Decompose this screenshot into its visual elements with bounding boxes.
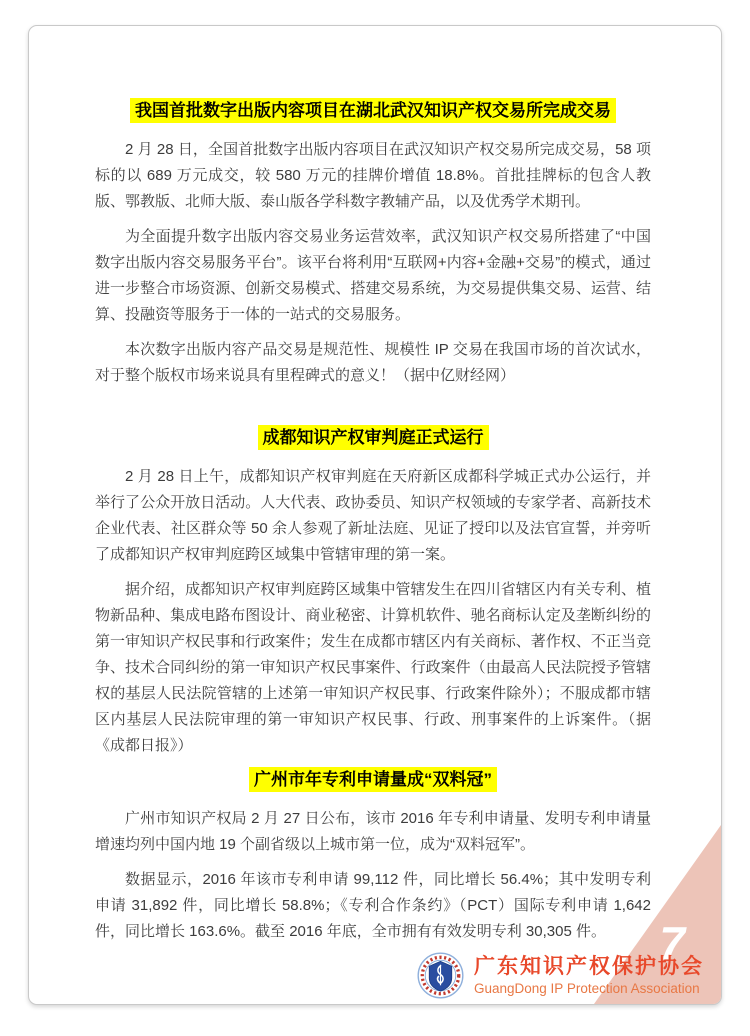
paragraph: 广州市知识产权局 2 月 27 日公布，该市 2016 年专利申请量、发明专利申… bbox=[95, 806, 651, 858]
paragraph: 2 月 28 日，全国首批数字出版内容项目在武汉知识产权交易所完成交易，58 项… bbox=[95, 137, 651, 215]
paragraph: 为全面提升数字出版内容交易业务运营效率，武汉知识产权交易所搭建了“中国数字出版内… bbox=[95, 224, 651, 328]
section-wuhan-digital-publishing: 我国首批数字出版内容项目在湖北武汉知识产权交易所完成交易 2 月 28 日，全国… bbox=[95, 99, 651, 398]
paragraph: 2 月 28 日上午，成都知识产权审判庭在天府新区成都科学城正式办公运行，并举行… bbox=[95, 464, 651, 568]
org-name-cn: 广东知识产权保护协会 bbox=[474, 954, 704, 980]
paragraph: 数据显示，2016 年该市专利申请 99,112 件，同比增长 56.4%；其中… bbox=[95, 867, 651, 945]
section-title: 广州市年专利申请量成“双料冠” bbox=[95, 768, 651, 792]
paragraph: 本次数字出版内容产品交易是规范性、规模性 IP 交易在我国市场的首次试水，对于整… bbox=[95, 337, 651, 389]
footer: 广东知识产权保护协会 GuangDong IP Protection Assoc… bbox=[417, 952, 704, 999]
paragraph: 据介绍，成都知识产权审判庭跨区域集中管辖发生在四川省辖区内有关专利、植物新品种、… bbox=[95, 577, 651, 759]
org-name-en: GuangDong IP Protection Association bbox=[474, 980, 704, 998]
section-guangzhou-patent: 广州市年专利申请量成“双料冠” 广州市知识产权局 2 月 27 日公布，该市 2… bbox=[95, 768, 651, 954]
section-title: 成都知识产权审判庭正式运行 bbox=[95, 426, 651, 450]
section-title: 我国首批数字出版内容项目在湖北武汉知识产权交易所完成交易 bbox=[95, 99, 651, 123]
page-card: 我国首批数字出版内容项目在湖北武汉知识产权交易所完成交易 2 月 28 日，全国… bbox=[28, 25, 722, 1005]
section-chengdu-ip-tribunal: 成都知识产权审判庭正式运行 2 月 28 日上午，成都知识产权审判庭在天府新区成… bbox=[95, 426, 651, 768]
footer-org-names: 广东知识产权保护协会 GuangDong IP Protection Assoc… bbox=[474, 954, 704, 998]
title-highlight: 成都知识产权审判庭正式运行 bbox=[258, 425, 489, 450]
title-highlight: 我国首批数字出版内容项目在湖北武汉知识产权交易所完成交易 bbox=[130, 98, 616, 123]
title-highlight: 广州市年专利申请量成“双料冠” bbox=[249, 767, 497, 792]
association-logo-icon bbox=[417, 952, 464, 999]
